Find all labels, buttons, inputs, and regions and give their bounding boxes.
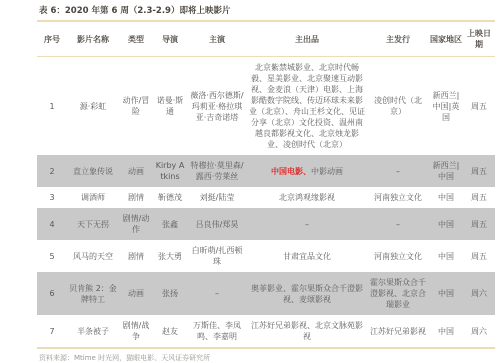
header-cell-cast: 主演 [187,21,247,57]
cell-release: 周五 [463,208,495,240]
header-cell-release: 上映日期 [463,21,495,57]
cell-director: 诺曼·斯通 [153,57,187,156]
table-row: 6贝肯熊 2：金牌特工动画张扬–奥菲影业、霍尔果斯众合千澄影视、麦颂影视霍尔果斯… [37,272,495,315]
producer-text: 中影动画 [311,167,343,176]
producer-text: – [305,220,309,229]
cell-genre: 动画 [119,155,153,187]
cell-region: 中国 [429,208,463,240]
cell-index: 6 [37,272,67,315]
table-row: 2直立象传说动画Kirby Atkins特穆拉·莫里森/露西·劳莱丝中国电影、中… [37,155,495,187]
cell-release: 周五 [463,240,495,272]
header-cell-genre: 类型 [119,21,153,57]
report-page: 表 6：2020 年第 6 周（2.3-2.9）即将上映影片 序号影片名称类型导… [0,0,499,363]
cell-producer: 北京鸿观缘影视 [247,187,367,208]
cell-index: 4 [37,208,67,240]
cell-director: 张大勇 [153,240,187,272]
cell-release: 周五 [463,187,495,208]
cell-release: 周六 [463,272,495,315]
cell-producer: 甘肃宜品文化 [247,240,367,272]
cell-distributor: – [367,208,429,240]
cell-producer: 江苏好兄弟影视、北京文脉苑影视 [247,315,367,348]
cell-cast: 吕良伟/郑昊 [187,208,247,240]
cell-distributor: – [367,155,429,187]
cell-release: 周五 [463,155,495,187]
table-header-row: 序号影片名称类型导演主演主出品主发行国家地区上映日期 [37,21,495,57]
cell-name: 调酒师 [67,187,119,208]
table-row: 5风马的天空剧情张大勇白昕萌/扎西顿珠甘肃宜品文化河南独立文化中国周五 [37,240,495,272]
cell-name: 贝肯熊 2：金牌特工 [67,272,119,315]
cell-director: 靳德茂 [153,187,187,208]
cell-name: 天下无拐 [67,208,119,240]
cell-producer: 北京紫禁城影业、北京时代畅毅、星美影业、北京聚速互动影视、金麦浪（天津）电影、上… [247,57,367,156]
data-source-note: 资料来源：Mtime 时光网，猫眼电影、天风证券研究所 [39,353,495,363]
cell-distributor: 凌创时代（北京） [367,57,429,156]
table-head: 序号影片名称类型导演主演主出品主发行国家地区上映日期 [37,21,495,57]
cell-distributor: 河南独立文化 [367,240,429,272]
cell-index: 3 [37,187,67,208]
producer-highlighted-text: 中国电影、 [271,167,311,176]
table-row: 4天下无拐剧情/动作张鑫吕良伟/郑昊––中国周五 [37,208,495,240]
cell-name: 风马的天空 [67,240,119,272]
producer-text: 北京鸿观缘影视 [279,193,335,202]
cell-index: 7 [37,315,67,348]
cell-region: 中国 [429,187,463,208]
table-title: 表 6：2020 年第 6 周（2.3-2.9）即将上映影片 [39,5,495,17]
table-row: 3调酒师剧情靳德茂刘挺/陆莹北京鸿观缘影视河南独立文化中国周五 [37,187,495,208]
producer-text: 北京紫禁城影业、北京时代畅毅、星美影业、北京聚速互动影视、金麦浪（天津）电影、上… [249,63,365,149]
cell-cast: 薇洛·西尔德斯/玛莉亚·格拉琪亚·吉奇诺塔 [187,57,247,156]
cell-producer: 奥菲影业、霍尔果斯众合千澄影视、麦颂影视 [247,272,367,315]
cell-name: 半条被子 [67,315,119,348]
cell-region: 新西兰|中国|英国 [429,57,463,156]
header-cell-director: 导演 [153,21,187,57]
cell-region: 新西兰|中国 [429,155,463,187]
header-cell-distributor: 主发行 [367,21,429,57]
cell-director: 张鑫 [153,208,187,240]
cell-cast: 特穆拉·莫里森/露西·劳莱丝 [187,155,247,187]
cell-release: 周六 [463,315,495,348]
table-row: 7半条被子剧情/战争赵友万斯佳、李凤鸣、李嘉明江苏好兄弟影视、北京文脉苑影视江苏… [37,315,495,348]
cell-genre: 剧情 [119,187,153,208]
header-cell-producer: 主出品 [247,21,367,57]
cell-index: 5 [37,240,67,272]
cell-region: 中国 [429,272,463,315]
cell-distributor: 江苏好兄弟影视 [367,315,429,348]
cell-genre: 剧情/战争 [119,315,153,348]
producer-text: 甘肃宜品文化 [283,252,331,261]
header-cell-region: 国家地区 [429,21,463,57]
table-row: 1源·彩虹动作/冒险诺曼·斯通薇洛·西尔德斯/玛莉亚·格拉琪亚·吉奇诺塔北京紫禁… [37,57,495,156]
cell-director: 张扬 [153,272,187,315]
upcoming-films-table: 序号影片名称类型导演主演主出品主发行国家地区上映日期 1源·彩虹动作/冒险诺曼·… [37,20,495,349]
cell-cast: 刘挺/陆莹 [187,187,247,208]
cell-cast: 白昕萌/扎西顿珠 [187,240,247,272]
cell-producer: 中国电影、中影动画 [247,155,367,187]
cell-genre: 动作/冒险 [119,57,153,156]
cell-genre: 剧情/动作 [119,208,153,240]
cell-index: 2 [37,155,67,187]
cell-index: 1 [37,57,67,156]
cell-genre: 动画 [119,272,153,315]
cell-distributor: 霍尔果斯众合千澄影视、北京合瑞影业 [367,272,429,315]
cell-distributor: 河南独立文化 [367,187,429,208]
cell-name: 直立象传说 [67,155,119,187]
producer-text: 奥菲影业、霍尔果斯众合千澄影视、麦颂影视 [251,284,363,304]
cell-region: 中国 [429,315,463,348]
cell-cast: 万斯佳、李凤鸣、李嘉明 [187,315,247,348]
cell-producer: – [247,208,367,240]
cell-name: 源·彩虹 [67,57,119,156]
cell-release: 周五 [463,57,495,156]
cell-director: 赵友 [153,315,187,348]
cell-director: Kirby Atkins [153,155,187,187]
cell-cast: – [187,272,247,315]
table-body: 1源·彩虹动作/冒险诺曼·斯通薇洛·西尔德斯/玛莉亚·格拉琪亚·吉奇诺塔北京紫禁… [37,57,495,349]
header-cell-name: 影片名称 [67,21,119,57]
cell-genre: 剧情 [119,240,153,272]
producer-text: 江苏好兄弟影视、北京文脉苑影视 [251,321,363,341]
cell-region: 中国 [429,240,463,272]
header-cell-index: 序号 [37,21,67,57]
